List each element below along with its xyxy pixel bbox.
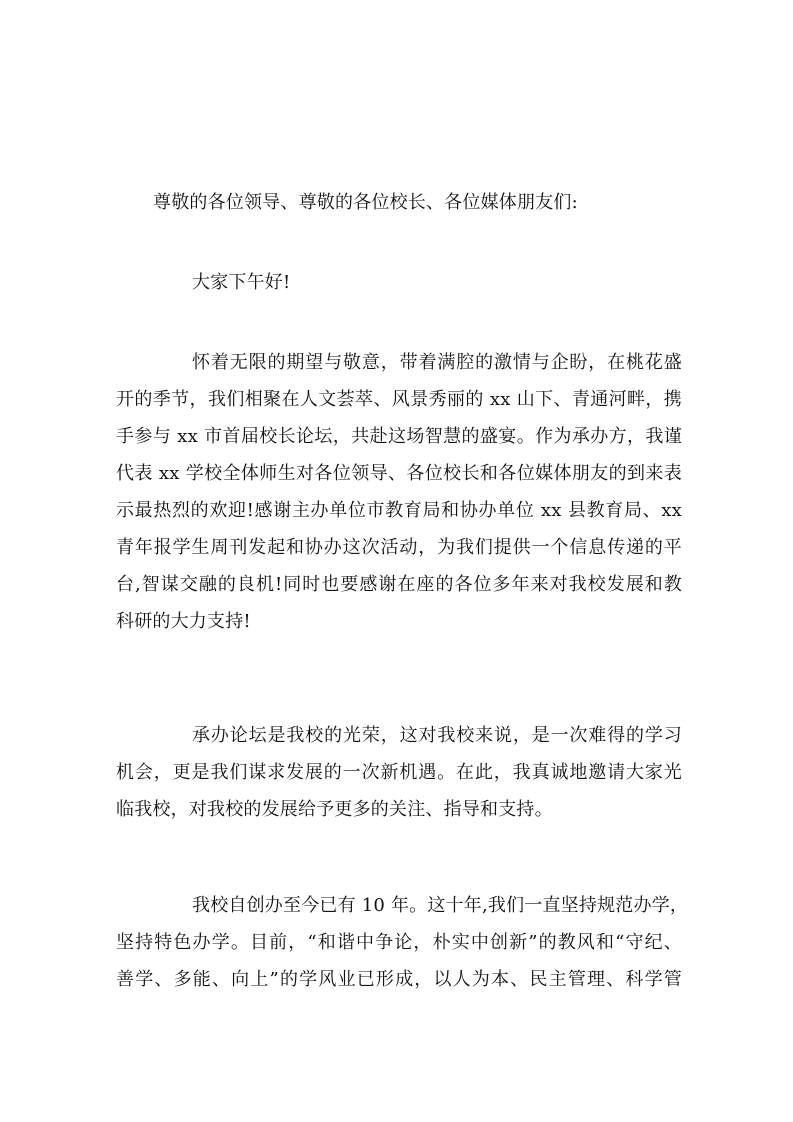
paragraph-line: 怀着无限的期望与敬意，带着满腔的激情与企盼，在桃花盛 xyxy=(192,351,682,375)
paragraph-line: 我校自创办至今已有 10 年。这十年,我们一直坚持规范办学， xyxy=(192,894,682,918)
document-page: 尊敬的各位领导、尊敬的各位校长、各位媒体朋友们: 大家下午好! 怀着无限的期望与… xyxy=(0,0,793,1122)
paragraph-line: 台,智谋交融的良机!同时也要感谢在座的各位多年来对我校发展和教 xyxy=(116,573,682,597)
paragraph-line: 示最热烈的欢迎!感谢主办单位市教育局和协办单位 xx 县教育局、xx xyxy=(116,499,682,523)
paragraph-line: 代表 xx 学校全体师生对各位领导、各位校长和各位媒体朋友的到来表 xyxy=(116,462,682,486)
paragraph-line: 机会，更是我们谋求发展的一次新机遇。在此，我真诚地邀请大家光 xyxy=(116,761,682,785)
paragraph-line: 科研的大力支持! xyxy=(116,610,682,634)
paragraph-line: 善学、多能、向上”的学风业已形成，以人为本、民主管理、科学管 xyxy=(116,968,682,992)
paragraph-line: 承办论坛是我校的光荣，这对我校来说，是一次难得的学习 xyxy=(192,724,682,748)
salutation: 尊敬的各位领导、尊敬的各位校长、各位媒体朋友们: xyxy=(153,191,719,215)
paragraph-line: 坚持特色办学。目前，“和谐中争论，朴实中创新”的教风和“守纪、 xyxy=(116,931,682,955)
paragraph-line: 青年报学生周刊发起和协办这次活动，为我们提供一个信息传递的平 xyxy=(116,536,682,560)
paragraph-line: 临我校，对我校的发展给予更多的关注、指导和支持。 xyxy=(116,798,682,822)
paragraph-line: 开的季节，我们相聚在人文荟萃、风景秀丽的 xx 山下、青通河畔，携 xyxy=(116,388,682,412)
greeting: 大家下午好! xyxy=(192,271,758,295)
paragraph-line: 手参与 xx 市首届校长论坛，共赴这场智慧的盛宴。作为承办方，我谨 xyxy=(116,425,682,449)
